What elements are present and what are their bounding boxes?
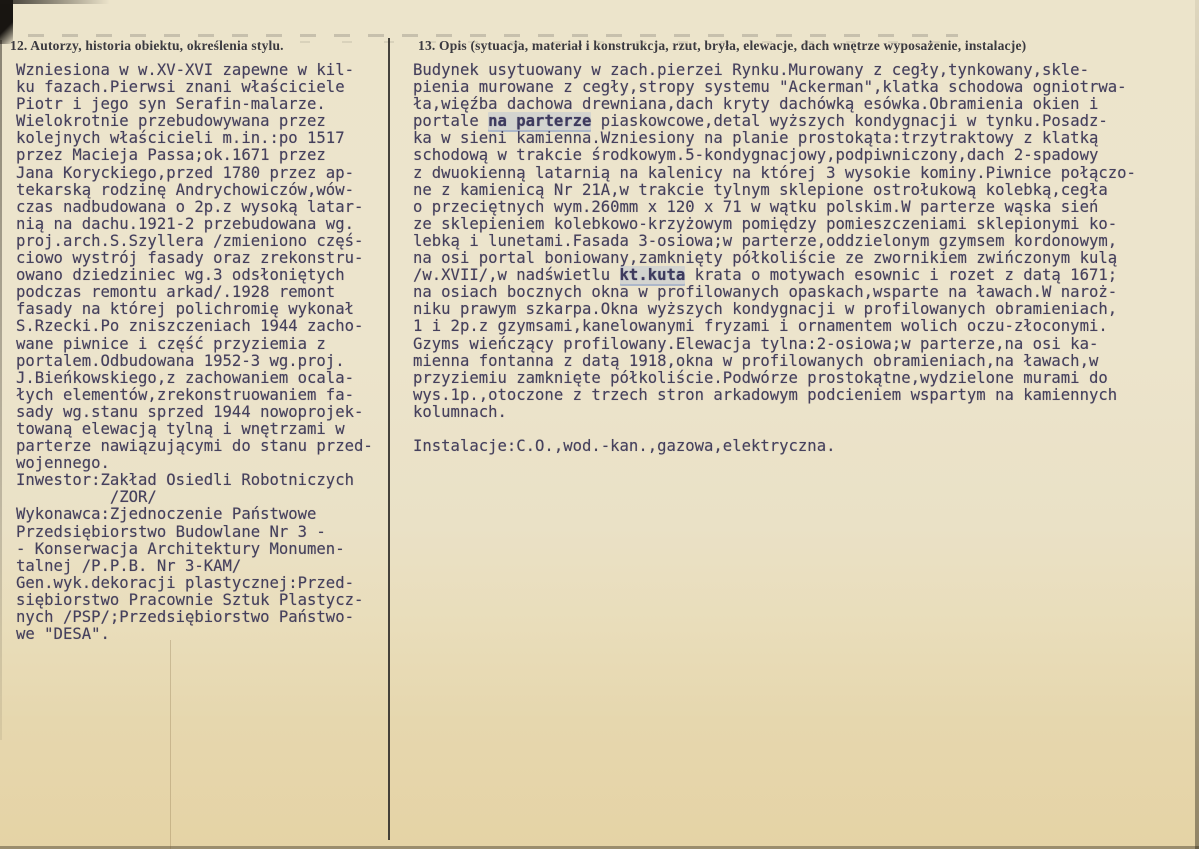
record-card-page: 12. Autorzy, historia obiektu, określeni…	[0, 0, 1199, 849]
text-line: portale na parterze piaskowcowe,detal wy…	[413, 113, 1191, 130]
section-12-typed-text: Wzniesiona w w.XV-XVI zapewne w kil-ku f…	[16, 62, 388, 643]
text-line: 1 i 2p.z gzymsami,kanelowanymi fryzami i…	[413, 318, 1191, 335]
remnant-dashed-rule	[28, 34, 958, 37]
text-line: owano dziedziniec wg.3 odsłoniętych	[16, 267, 388, 284]
text-line: sady wg.stanu sprzed 1944 nowoprojek-	[16, 404, 388, 421]
text-line: przez Macieja Passa;ok.1671 przez	[16, 147, 388, 164]
text-line: S.Rzecki.Po zniszczeniach 1944 zacho-	[16, 318, 388, 335]
text-line: z dwuokienną latarnią na kalenicy na któ…	[413, 165, 1191, 182]
text-line: schodową w trakcie środkowym.5-kondygnac…	[413, 147, 1191, 164]
text-line: o przeciętnych wym.260mm x 120 x 71 w wą…	[413, 199, 1191, 216]
text-line: przyziemiu zamknięte półkoliście.Podwórz…	[413, 370, 1191, 387]
section-12-header: 12. Autorzy, historia obiektu, określeni…	[10, 38, 380, 54]
text-line: Wielokrotnie przebudowywana przez	[16, 113, 388, 130]
text-line: kolejnych właścicieli m.in.:po 1517	[16, 130, 388, 147]
text-line	[413, 421, 1191, 438]
text-line: ne z kamienicą Nr 21A,w trakcie tylnym s…	[413, 182, 1191, 199]
text-line: ła,więźba dachowa drewniana,dach kryty d…	[413, 96, 1191, 113]
column-divider-line	[388, 38, 390, 840]
text-line: podczas remontu arkad/.1928 remont	[16, 284, 388, 301]
text-line: Wykonawca:Zjednoczenie Państwowe	[16, 506, 388, 523]
typed-correction: kt.kuta	[620, 266, 686, 284]
text-line: J.Bieńkowskiego,z zachowaniem ocala-	[16, 370, 388, 387]
text-line: Gzyms wieńczący profilowany.Elewacja tyl…	[413, 336, 1191, 353]
text-line: fasady na której polichromię wykonał	[16, 301, 388, 318]
text-line: ka w sieni kamienna.Wzniesiony na planie…	[413, 130, 1191, 147]
text-line: Instalacje:C.O.,wod.-kan.,gazowa,elektry…	[413, 438, 1191, 455]
page-top-edge	[0, 0, 110, 4]
text-line: Jana Koryckiego,przed 1780 przez ap-	[16, 165, 388, 182]
text-line: nią na dachu.1921-2 przebudowana wg.	[16, 216, 388, 233]
paper-crease	[170, 640, 171, 849]
section-13-header: 13. Opis (sytuacja, materiał i konstrukc…	[418, 38, 1188, 54]
text-line: proj.arch.S.Szyllera /zmieniono częś-	[16, 233, 388, 250]
text-line: /ZOR/	[16, 489, 388, 506]
text-line: Przedsiębiorstwo Budowlane Nr 3 -	[16, 524, 388, 541]
text-line: Piotr i jego syn Serafin-malarze.	[16, 96, 388, 113]
section-13-typed-text: Budynek usytuowany w zach.pierzei Rynku.…	[413, 62, 1191, 455]
text-line: lebką i lunetami.Fasada 3-osiowa;w parte…	[413, 233, 1191, 250]
text-line: Wzniesiona w w.XV-XVI zapewne w kil-	[16, 62, 388, 79]
text-line: parterze nawiązującymi do stanu przed-	[16, 438, 388, 455]
text-line: ze sklepieniem kolebkowo-krzyżowym pomię…	[413, 216, 1191, 233]
text-line: - Konserwacja Architektury Monumen-	[16, 541, 388, 558]
text-line: pienia murowane z cegły,stropy systemu "…	[413, 79, 1191, 96]
text-line: wys.1p.,otoczone z trzech stron arkadowy…	[413, 387, 1191, 404]
text-line: siębiorstwo Pracownie Sztuk Plastycz-	[16, 592, 388, 609]
text-line: towaną elewacją tylną i wnętrzami w	[16, 421, 388, 438]
text-line: ku fazach.Pierwsi znani właściciele	[16, 79, 388, 96]
text-line: wojennego.	[16, 455, 388, 472]
text-line: Budynek usytuowany w zach.pierzei Rynku.…	[413, 62, 1191, 79]
text-line: mienna fontanna z datą 1918,okna w profi…	[413, 353, 1191, 370]
typed-correction: na parterze	[488, 112, 591, 130]
page-right-edge	[1195, 0, 1199, 849]
text-line: ciowo wystrój fasady oraz zrekonstru-	[16, 250, 388, 267]
text-line: Inwestor:Zakład Osiedli Robotniczych	[16, 472, 388, 489]
text-line: portalem.Odbudowana 1952-3 wg.proj.	[16, 353, 388, 370]
text-line: łych elementów,zrekonstruowaniem fa-	[16, 387, 388, 404]
text-line: nych /PSP/;Przedsiębiorstwo Państwo-	[16, 609, 388, 626]
text-line: we "DESA".	[16, 626, 388, 643]
page-left-edge	[0, 40, 2, 740]
text-line: /w.XVII/,w nadświetlu kt.kuta krata o mo…	[413, 267, 1191, 284]
text-line: Gen.wyk.dekoracji plastycznej:Przed-	[16, 575, 388, 592]
text-line: kolumnach.	[413, 404, 1191, 421]
text-line: czas nadbudowana o 2p.z wysoką latar-	[16, 199, 388, 216]
text-line: na osi portal boniowany,zamknięty półkol…	[413, 250, 1191, 267]
text-line: niku prawym szkarpa.Okna wyższych kondyg…	[413, 301, 1191, 318]
text-line: wane piwnice i część przyziemia z	[16, 336, 388, 353]
text-line: tekarską rodzinę Andrychowiczów,wów-	[16, 182, 388, 199]
text-line: na osiach bocznych okna w profilowanych …	[413, 284, 1191, 301]
text-line: talnej /P.P.B. Nr 3-KAM/	[16, 558, 388, 575]
